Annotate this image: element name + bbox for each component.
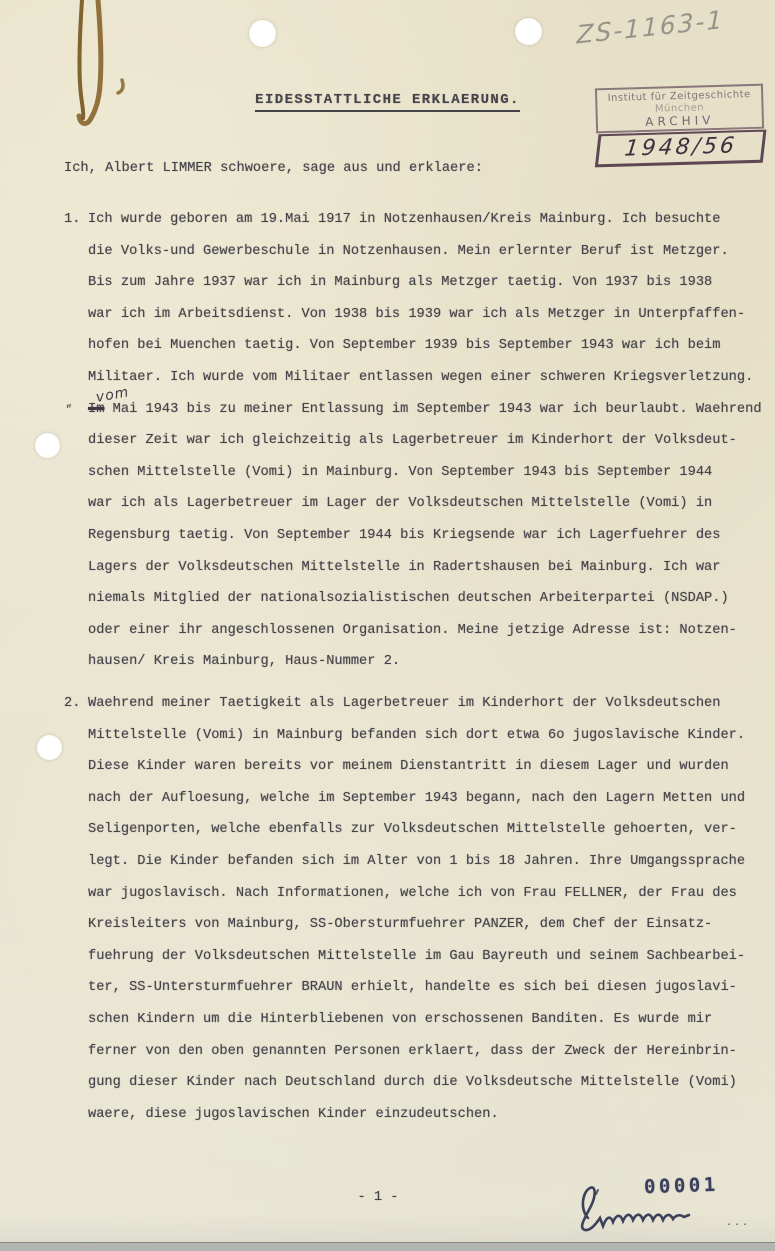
page-number: - 1 -: [338, 1190, 418, 1205]
signature-trailing-dots: ...: [726, 1218, 750, 1229]
text-line-with-correction: ʺ vom Im Mai 1943 bis zu meiner Entlassu…: [88, 394, 762, 426]
text-line: Militaer. Ich wurde vom Militaer entlass…: [88, 362, 762, 394]
text-line: hofen bei Muenchen taetig. Von September…: [88, 330, 762, 362]
text-line: schen Kindern um die Hinterbliebenen von…: [88, 1004, 745, 1036]
text-line: ter, SS-Untersturmfuehrer BRAUN erhielt,…: [88, 972, 745, 1004]
text-line: Regensburg taetig. Von September 1944 bi…: [88, 520, 762, 552]
file-reference-annotation: ZS-1163-1: [577, 0, 775, 50]
scanned-document-page: ZS-1163-1 EIDESSTATTLICHE ERKLAERUNG. In…: [0, 0, 775, 1251]
text-line-rest: Mai 1943 bis zu meiner Entlassung im Sep…: [104, 402, 761, 417]
text-line: Diese Kinder waren bereits vor meinem Di…: [88, 751, 745, 783]
text-line: legt. Die Kinder befanden sich im Alter …: [88, 846, 745, 878]
text-line: ferner von den oben genannten Personen e…: [88, 1036, 745, 1068]
archive-stamp-number: 1948/56: [595, 130, 767, 168]
text-line: war jugoslavisch. Nach Informationen, we…: [88, 878, 745, 910]
paragraph-1: 1. Ich wurde geboren am 19.Mai 1917 in N…: [88, 204, 762, 678]
text-line: Kreisleiters von Mainburg, SS-Obersturmf…: [88, 909, 745, 941]
text-line: waere, diese jugoslavischen Kinder einzu…: [88, 1099, 745, 1131]
archive-stamp: Institut für Zeitgeschichte München ARCH…: [595, 84, 765, 168]
signature: [572, 1180, 737, 1240]
text-line: die Volks-und Gewerbeschule in Notzenhau…: [88, 236, 762, 268]
text-line: hausen/ Kreis Mainburg, Haus-Nummer 2.: [88, 646, 762, 678]
text-line: Mittelstelle (Vomi) in Mainburg befanden…: [88, 720, 745, 752]
paragraph-1-number: 1.: [64, 204, 80, 236]
text-line: dieser Zeit war ich gleichzeitig als Lag…: [88, 425, 762, 457]
archive-stamp-institute: Institut für Zeitgeschichte München ARCH…: [595, 84, 764, 134]
text-line: Ich wurde geboren am 19.Mai 1917 in Notz…: [88, 204, 762, 236]
text-line: Seligenporten, welche ebenfalls zur Volk…: [88, 814, 745, 846]
punch-hole-left-upper: [35, 433, 60, 458]
insertion-mark: ʺ: [62, 395, 76, 427]
text-line: fuehrung der Volksdeutschen Mittelstelle…: [88, 941, 745, 973]
punch-hole-left-lower: [37, 735, 62, 760]
scan-bottom-edge: [0, 1242, 775, 1251]
punch-hole-top-left: [249, 20, 276, 47]
text-line: war ich im Arbeitsdienst. Von 1938 bis 1…: [88, 299, 762, 331]
paragraph-2-number: 2.: [64, 688, 80, 720]
text-line: schen Mittelstelle (Vomi) in Mainburg. V…: [88, 457, 762, 489]
handwritten-correction: vom: [94, 377, 132, 414]
intro-line: Ich, Albert LIMMER schwoere, sage aus un…: [64, 161, 483, 176]
text-line: gung dieser Kinder nach Deutschland durc…: [88, 1067, 745, 1099]
paragraph-2: 2. Waehrend meiner Taetigkeit als Lagerb…: [88, 688, 745, 1130]
text-line: Lagers der Volksdeutschen Mittelstelle i…: [88, 552, 762, 584]
text-line: nach der Aufloesung, welche im September…: [88, 783, 745, 815]
text-line: niemals Mitglied der nationalsozialistis…: [88, 583, 762, 615]
text-line: war ich als Lagerbetreuer im Lager der V…: [88, 488, 762, 520]
punch-hole-top-right: [515, 18, 542, 45]
text-line: oder einer ihr angeschlossenen Organisat…: [88, 615, 762, 647]
text-line: Waehrend meiner Taetigkeit als Lagerbetr…: [88, 688, 745, 720]
text-line: Bis zum Jahre 1937 war ich in Mainburg a…: [88, 267, 762, 299]
